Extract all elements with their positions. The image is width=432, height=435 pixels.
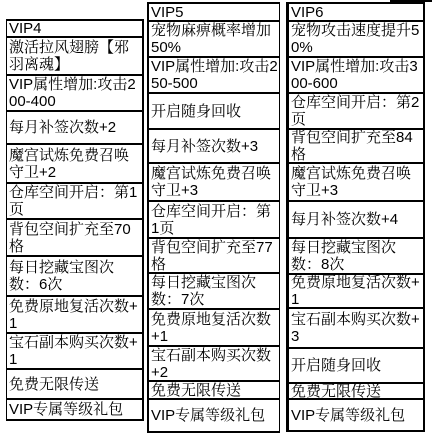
benefit-resign: 每月补签次数+4: [289, 202, 423, 239]
benefit-backpack: 背包空间扩充至84格: [289, 130, 423, 164]
benefit-free-revive: 免费原地复活次数+1: [7, 297, 142, 334]
benefit-pet-attack-speed: 宠物攻击速度提升50%: [289, 22, 423, 58]
benefit-vip-gift: VIP专属等级礼包: [7, 400, 142, 421]
benefit-free-revive: 免费原地复活次数+1: [289, 275, 423, 309]
benefit-gem-dungeon: 宝石副本购买次数+2: [149, 347, 279, 382]
benefit-wings: 激活拉风翅膀【邪羽离魂】: [7, 38, 142, 76]
benefit-warehouse: 仓库空间开启：第1页: [149, 202, 279, 239]
vip4-header-cell: VIP4: [7, 21, 142, 38]
benefit-resign: 每月补签次数+3: [149, 130, 279, 164]
vip5-header-cell: VIP5: [149, 4, 279, 22]
benefit-vip-gift: VIP专属等级礼包: [289, 400, 423, 432]
benefit-backpack: 背包空间扩充至70格: [7, 220, 142, 257]
benefit-warehouse: 仓库空间开启：第1页: [7, 184, 142, 220]
benefit-gem-dungeon: 宝石副本购买次数+1: [7, 334, 142, 370]
benefit-free-teleport: 免费无限传送: [289, 384, 423, 400]
benefit-pet-paralysis: 宠物麻痹概率增加50%: [149, 22, 279, 58]
benefit-treasure-map: 每日挖藏宝图次数：6次: [7, 257, 142, 297]
benefit-backpack: 背包空间扩充至77格: [149, 239, 279, 274]
benefit-mobile-recycle: 开启随身回收: [149, 94, 279, 130]
benefit-palace-guard: 魔宫试炼免费召唤守卫+2: [7, 145, 142, 184]
benefit-gem-dungeon: 宝石副本购买次数+3: [289, 309, 423, 349]
benefit-vip-attack: VIP属性增加:攻击300-600: [289, 58, 423, 94]
benefit-warehouse: 仓库空间开启：第2页: [289, 94, 423, 130]
benefit-mobile-recycle: 开启随身回收: [289, 349, 423, 384]
benefit-palace-guard: 魔宫试炼免费召唤守卫+3: [149, 164, 279, 202]
benefit-treasure-map: 每日挖藏宝图次数：8次: [289, 239, 423, 275]
benefit-resign: 每月补签次数+2: [7, 112, 142, 145]
vip6-header-cell: VIP6: [289, 4, 423, 22]
vip5-column: VIP5 宠物麻痹概率增加50% VIP属性增加:攻击250-500 开启随身回…: [147, 2, 280, 433]
benefit-palace-guard: 魔宫试炼免费召唤守卫+3: [289, 164, 423, 202]
benefit-treasure-map: 每日挖藏宝图次数：7次: [149, 274, 279, 310]
vip-privileges-table: VIP4 激活拉风翅膀【邪羽离魂】 VIP属性增加:攻击200-400 每月补签…: [0, 0, 432, 435]
benefit-free-revive: 免费原地复活次数+1: [149, 310, 279, 347]
vip4-column: VIP4 激活拉风翅膀【邪羽离魂】 VIP属性增加:攻击200-400 每月补签…: [6, 19, 144, 421]
benefit-free-teleport: 免费无限传送: [149, 382, 279, 400]
benefit-vip-attack: VIP属性增加:攻击250-500: [149, 58, 279, 94]
benefit-free-teleport: 免费无限传送: [7, 370, 142, 400]
vip6-column: VIP6 宠物攻击速度提升50% VIP属性增加:攻击300-600 仓库空间开…: [286, 2, 425, 432]
benefit-vip-gift: VIP专属等级礼包: [149, 400, 279, 433]
benefit-vip-attack: VIP属性增加:攻击200-400: [7, 76, 142, 112]
